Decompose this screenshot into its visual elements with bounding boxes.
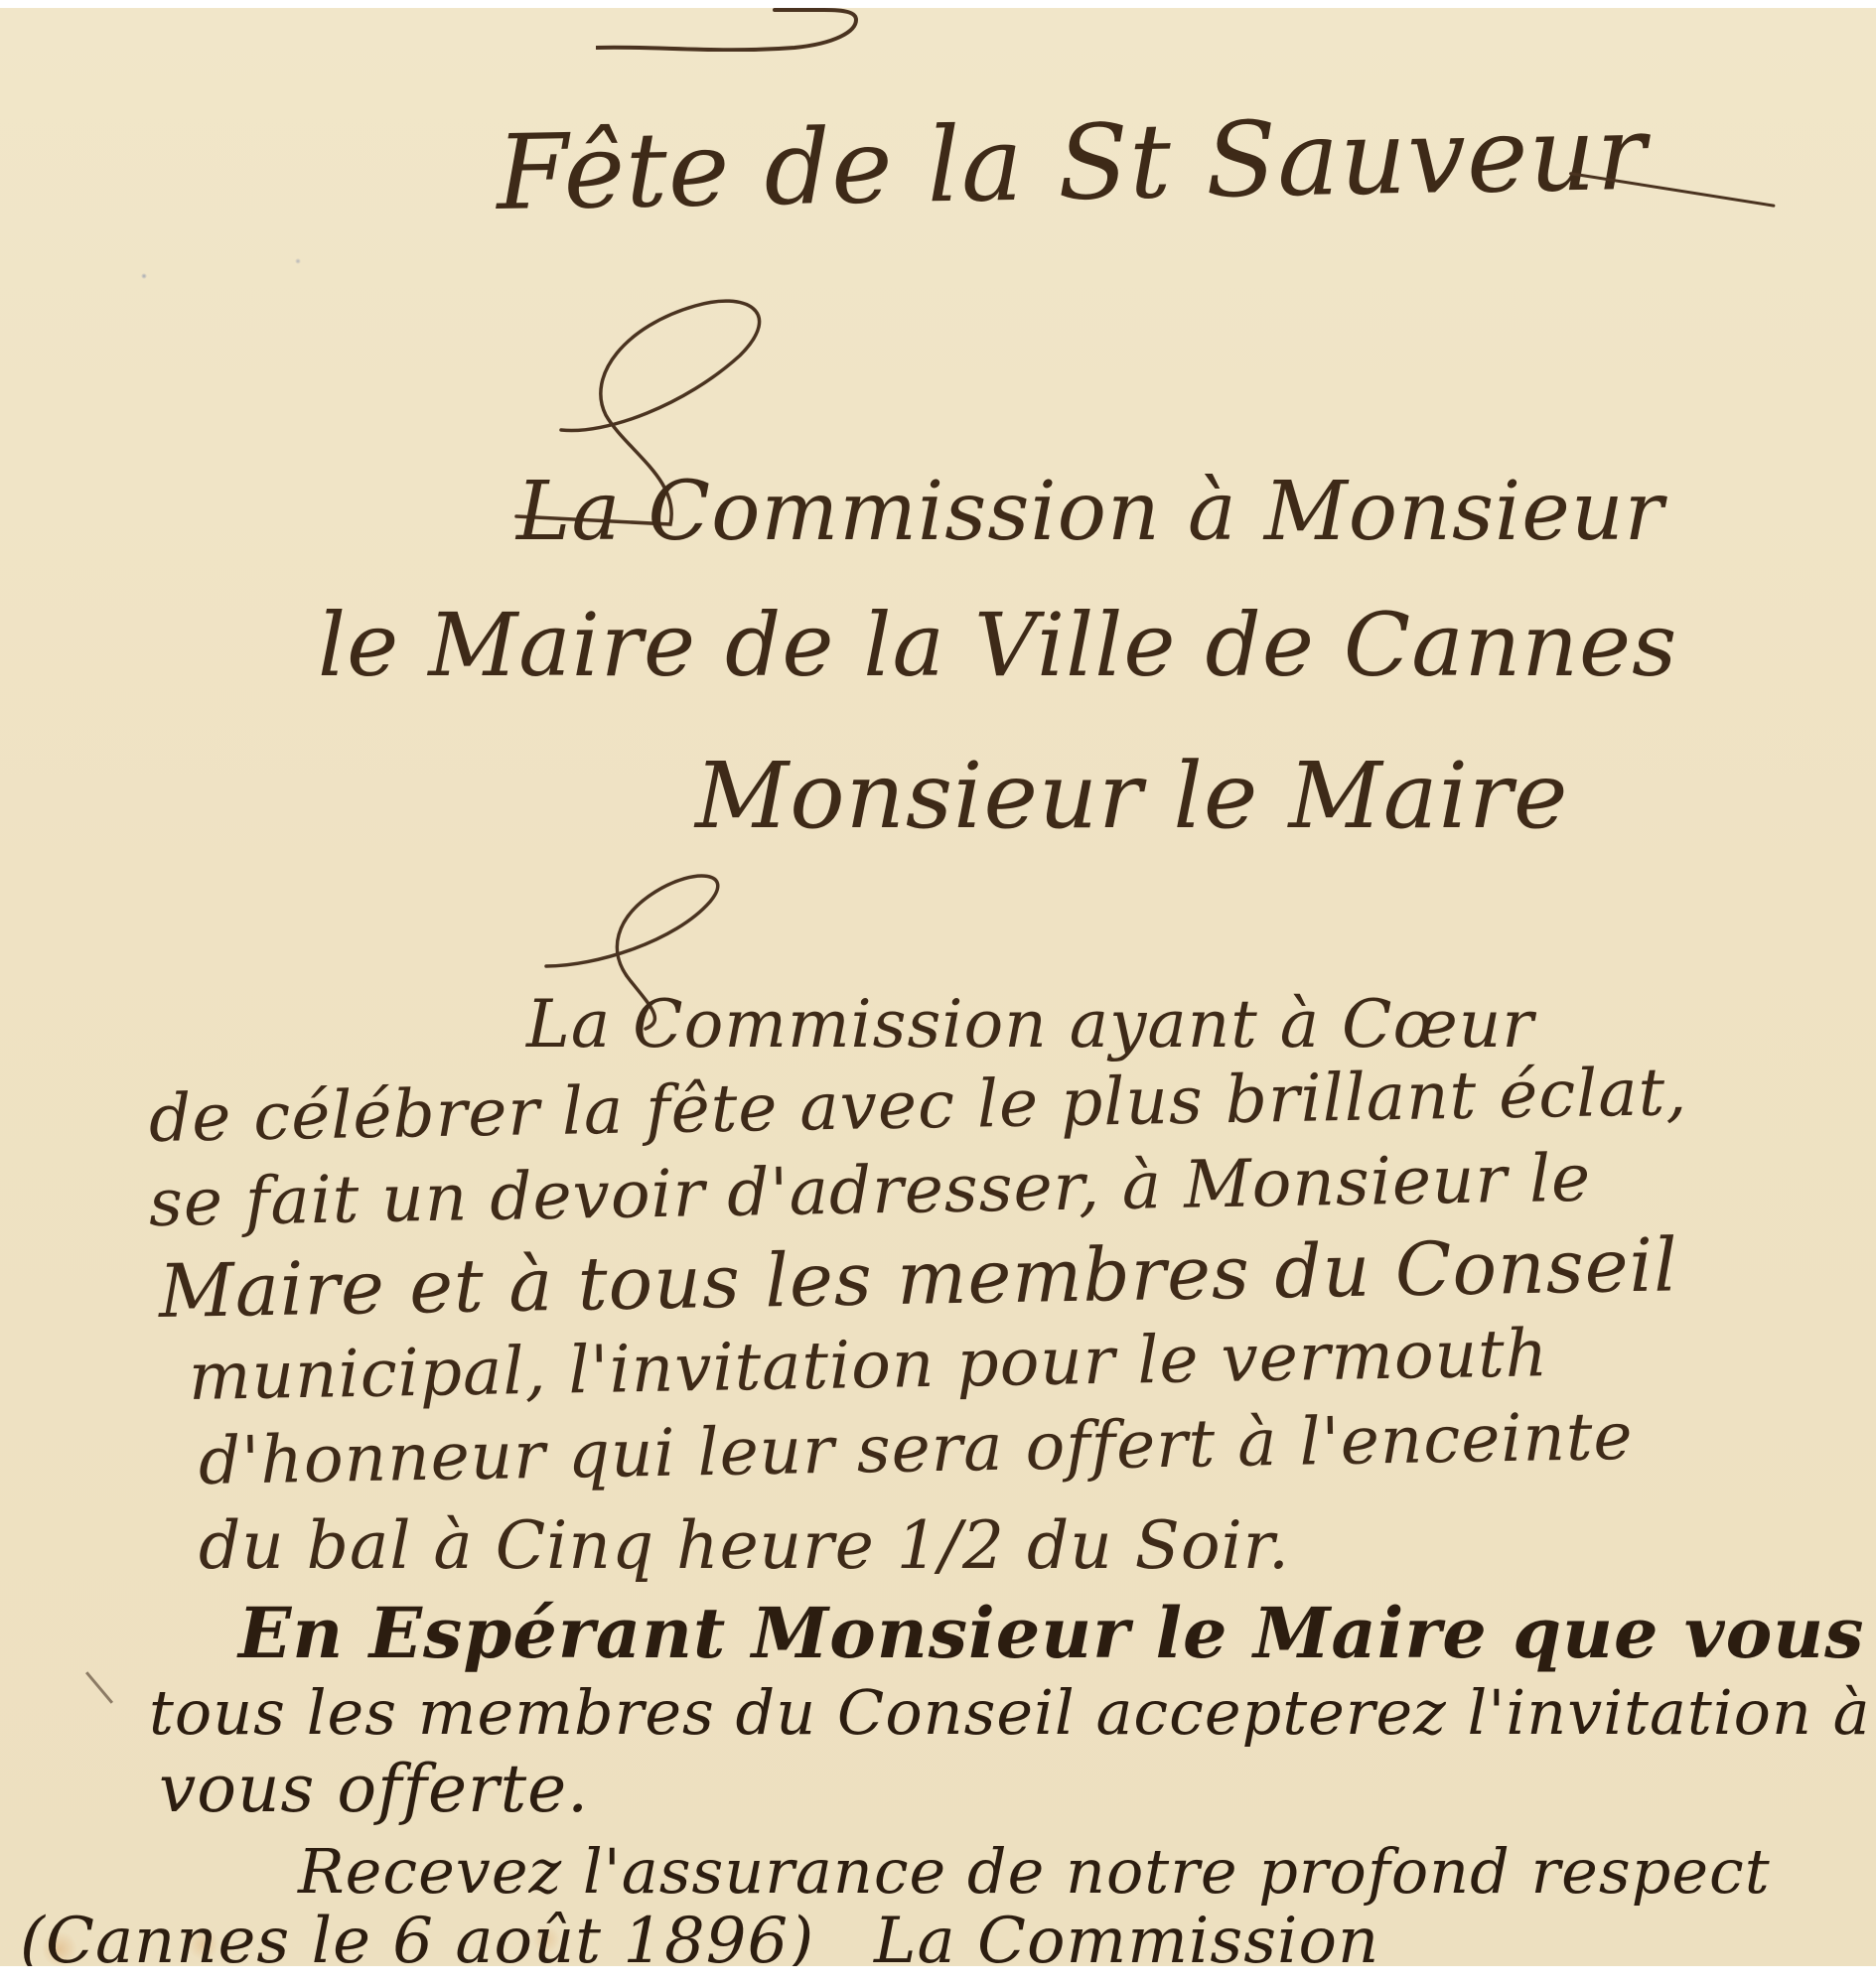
address-line-1: La Commission à Monsieur <box>516 465 1664 559</box>
body-line-7: du bal à Cinq heure 1/2 du Soir. <box>199 1507 1290 1584</box>
letter-title: Fête de la St Sauveur <box>496 92 1648 233</box>
regards-line: Recevez l'assurance de notre profond res… <box>298 1835 1771 1908</box>
body-line-1: La Commission ayant à Cœur <box>526 986 1534 1063</box>
closing-line-3: vous offerte. <box>159 1751 589 1827</box>
closing-line-1: En Espérant Monsieur le Maire que vous e… <box>238 1592 1876 1674</box>
address-line-2: le Maire de la Ville de Cannes <box>318 594 1677 696</box>
scan-margin-bottom <box>0 1966 1876 1986</box>
salutation: Monsieur le Maire <box>695 743 1568 849</box>
body-line-3: se fait un devoir d'adresser, à Monsieur… <box>148 1140 1591 1241</box>
flourish-top-icon <box>596 8 864 52</box>
body-line-6: d'honneur qui leur sera offert à l'encei… <box>198 1398 1634 1499</box>
letter-page: Fête de la St Sauveur La Commission à Mo… <box>0 8 1876 1966</box>
closing-line-2: tous les membres du Conseil accepterez l… <box>149 1676 1871 1749</box>
stray-ink-mark <box>85 1671 113 1704</box>
